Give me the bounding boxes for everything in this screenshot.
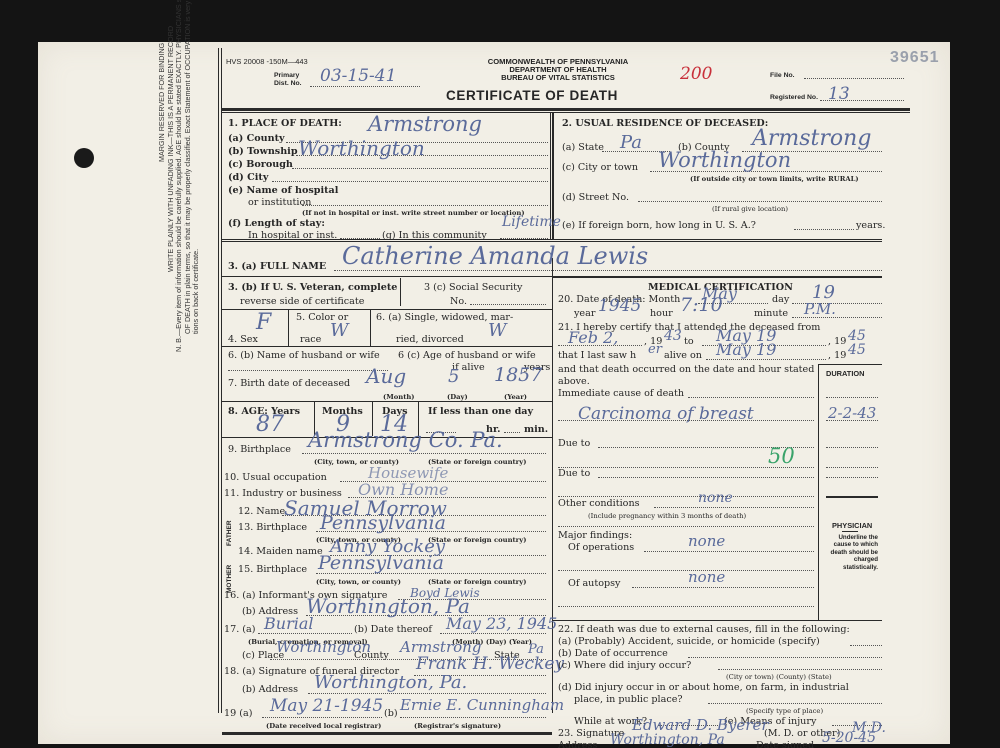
certificate-title: CERTIFICATE OF DEATH xyxy=(446,90,618,101)
marital-value: W xyxy=(488,320,507,341)
file-no-label: File No. xyxy=(770,70,795,81)
veteran-label: 3. (b) If U. S. Veteran, complete xyxy=(228,282,397,293)
margin-line-5: tions on back of certificate. xyxy=(192,0,201,352)
father-birthplace: Pennsylvania xyxy=(320,512,446,534)
funeral-address: Worthington, Pa. xyxy=(314,672,467,693)
external-c-label: (c) Where did injury occur? xyxy=(558,660,691,671)
stay-label: (f) Length of stay: xyxy=(228,218,325,229)
disposal-method: Burial xyxy=(264,614,313,633)
birthplace-label: 9. Birthplace xyxy=(228,444,291,455)
res-city: Worthington xyxy=(658,148,791,172)
immediate-cause-label: Immediate cause of death xyxy=(558,388,684,399)
other-conditions-label: Other conditions xyxy=(558,498,640,509)
external-a-label: (a) (Probably) Accident, suicide, or hom… xyxy=(558,636,820,647)
birthplace: Armstrong Co. Pa. xyxy=(308,428,503,452)
form-code: HVS 20008 -150M—443 xyxy=(226,56,308,67)
date-signed-label: Date signed xyxy=(756,740,814,748)
place-of-death-heading: 1. PLACE OF DEATH: xyxy=(228,118,342,129)
mother-birthplace-label: 15. Birthplace xyxy=(238,564,307,575)
occurred-label: and that death occurred on the date and … xyxy=(558,364,814,375)
death-hour: 7:10 xyxy=(680,294,723,316)
year-prefix: 19 xyxy=(834,350,846,361)
autopsy-label: Of autopsy xyxy=(568,578,620,589)
death-year-label: year xyxy=(574,308,595,319)
city-label: (d) City xyxy=(228,172,268,183)
physician-address: Worthington, Pa xyxy=(610,732,725,748)
res-street-label: (d) Street No. xyxy=(562,192,629,203)
death-hour-label: hour xyxy=(650,308,673,319)
death-county: Armstrong xyxy=(368,112,482,136)
binder-hole xyxy=(74,148,94,168)
disposal-date: May 23, 1945 xyxy=(446,614,557,633)
disposal-label: 17. (a) xyxy=(224,624,256,635)
attend-from-year: 43 xyxy=(664,328,682,344)
county-label: (a) County xyxy=(228,133,285,144)
external-heading: 22. If death was due to external causes,… xyxy=(558,624,850,635)
margin-instructions: MARGIN RESERVED FOR BINDING WRITE PLAINL… xyxy=(158,0,201,352)
immediate-cause: Carcinoma of breast xyxy=(578,404,754,424)
res-city-label: (c) City or town xyxy=(562,162,638,173)
ss-label: 3 (c) Social Security xyxy=(424,282,522,293)
physician-heading: PHYSICIAN xyxy=(832,520,872,531)
due-to-1-label: Due to xyxy=(558,438,590,449)
above-label: above. xyxy=(558,376,590,387)
full-name: Catherine Amanda Lewis xyxy=(342,242,648,270)
operations-findings: none xyxy=(688,532,725,550)
physician-note: Underline the cause to which death shoul… xyxy=(822,534,878,571)
external-b-label: (b) Date of occurrence xyxy=(558,648,668,659)
age-years: 87 xyxy=(256,412,284,437)
last-saw-year: 45 xyxy=(848,342,866,358)
father-name-label: 12. Name xyxy=(238,506,285,517)
autopsy-findings: none xyxy=(688,568,725,586)
father-birthplace-label: 13. Birthplace xyxy=(238,522,307,533)
disposal-date-label: (b) Date thereof xyxy=(354,624,432,635)
birth-day: 5 xyxy=(448,366,459,387)
external-d-label: (d) Did injury occur in or about home, o… xyxy=(558,682,849,693)
date-signed: 5-20-45 xyxy=(822,730,876,746)
statistical-code: 50 xyxy=(768,444,795,468)
death-day-label: day xyxy=(772,294,789,305)
duration-heading: DURATION xyxy=(826,368,864,379)
dist-no: 03-15-41 xyxy=(320,66,396,86)
res-state: Pa xyxy=(620,132,642,153)
death-minute: P.M. xyxy=(804,300,836,318)
death-certificate-page: MARGIN RESERVED FOR BINDING WRITE PLAINL… xyxy=(38,42,950,744)
registrar-date-label: 19 (a) xyxy=(224,708,252,719)
occupation-label: 10. Usual occupation xyxy=(224,472,327,483)
mother-maiden-label: 14. Maiden name xyxy=(238,546,323,557)
hospital-label: (e) Name of hospital xyxy=(228,185,338,196)
funeral-director-signature: Frank H. Weckey xyxy=(416,654,564,674)
other-conditions: none xyxy=(698,490,733,506)
res-state-label: (a) State xyxy=(562,142,604,153)
veteran-label-2: reverse side of certificate xyxy=(240,296,364,307)
death-year: 1945 xyxy=(598,296,641,316)
last-saw-label: that I last saw h xyxy=(558,350,636,361)
operations-label: Of operations xyxy=(568,542,634,553)
birth-year: 1857 xyxy=(494,364,542,386)
birth-month: Aug xyxy=(366,364,406,388)
race-value: W xyxy=(330,320,349,341)
mother-birthplace: Pennsylvania xyxy=(318,552,444,574)
stamp-number: 39651 xyxy=(890,52,940,63)
res-city-note: (If outside city or town limits, write R… xyxy=(690,174,859,185)
agency-line-3: BUREAU OF VITAL STATISTICS xyxy=(468,74,648,82)
death-minute-label: minute xyxy=(754,308,788,319)
spouse-label: 6. (b) Name of husband or wife xyxy=(228,350,380,361)
marital-label-2: ried, divorced xyxy=(396,334,464,345)
hospital-note: (If not in hospital or inst. write stree… xyxy=(302,208,525,219)
sex-value: F xyxy=(256,310,271,335)
dist-label: Dist. No. xyxy=(274,78,302,89)
external-d-label-2: place, in public place? xyxy=(574,694,683,705)
registrar-signature: Ernie E. Cunningham xyxy=(400,696,564,714)
res-years-label: years. xyxy=(856,220,885,231)
birth-date-label: 7. Birth date of deceased xyxy=(228,378,350,389)
spouse-age-label: 6 (c) Age of husband or wife xyxy=(398,350,536,361)
mother-bp-city-note: (City, town, or county) xyxy=(316,577,401,588)
last-saw-date: May 19 xyxy=(716,340,776,359)
death-township: Worthington xyxy=(298,136,425,160)
funeral-address-label: (b) Address xyxy=(242,684,298,695)
sex-label: 4. Sex xyxy=(228,334,258,345)
major-findings-label: Major findings: xyxy=(558,530,632,541)
registrar-sig-note: (Registrar's signature) xyxy=(414,721,501,732)
due-to-2-label: Due to xyxy=(558,468,590,479)
registrar-date: May 21-1945 xyxy=(270,696,383,716)
mother-side-label: MOTHER xyxy=(224,565,235,593)
other-conditions-note: (Include pregnancy within 3 months of de… xyxy=(588,511,746,522)
last-saw-pronoun: er xyxy=(648,342,662,357)
physician-address-label: Address xyxy=(558,740,597,748)
registered-no: 13 xyxy=(828,84,850,104)
registrar-date-note: (Date received local registrar) xyxy=(266,721,381,732)
agency-heading: COMMONWEALTH OF PENNSYLVANIA DEPARTMENT … xyxy=(468,58,648,82)
certificate-form: HVS 20008 -150M—443 Primary Dist. No. 03… xyxy=(218,48,938,738)
year-prefix: 19 xyxy=(834,336,846,347)
ss-no-label: No. xyxy=(450,296,467,307)
father-side-label: FATHER xyxy=(224,520,235,546)
res-foreign-label: (e) If foreign born, how long in U. S. A… xyxy=(562,220,756,231)
min-label: min. xyxy=(524,424,548,435)
attend-to-label: to xyxy=(684,336,694,347)
alive-on-label: alive on xyxy=(664,350,702,361)
residence-heading: 2. USUAL RESIDENCE OF DECEASED: xyxy=(562,118,768,129)
institution-label: or institution xyxy=(248,197,311,208)
race-label: race xyxy=(300,334,321,345)
borough-label: (c) Borough xyxy=(228,159,293,170)
res-street-note: (If rural give location) xyxy=(712,204,788,215)
community-stay: Lifetime xyxy=(502,214,561,230)
red-note: 200 xyxy=(680,64,712,84)
attend-to-year-prefix: , 19 xyxy=(828,336,846,347)
full-name-label: 3. (a) FULL NAME xyxy=(228,261,326,272)
township-label: (b) Township xyxy=(228,146,298,157)
registered-no-label: Registered No. xyxy=(770,92,818,103)
less-than-day-label: If less than one day xyxy=(428,406,533,417)
last-saw-year-prefix: , 19 xyxy=(828,350,846,361)
registrar-sig-label: (b) xyxy=(384,708,398,719)
